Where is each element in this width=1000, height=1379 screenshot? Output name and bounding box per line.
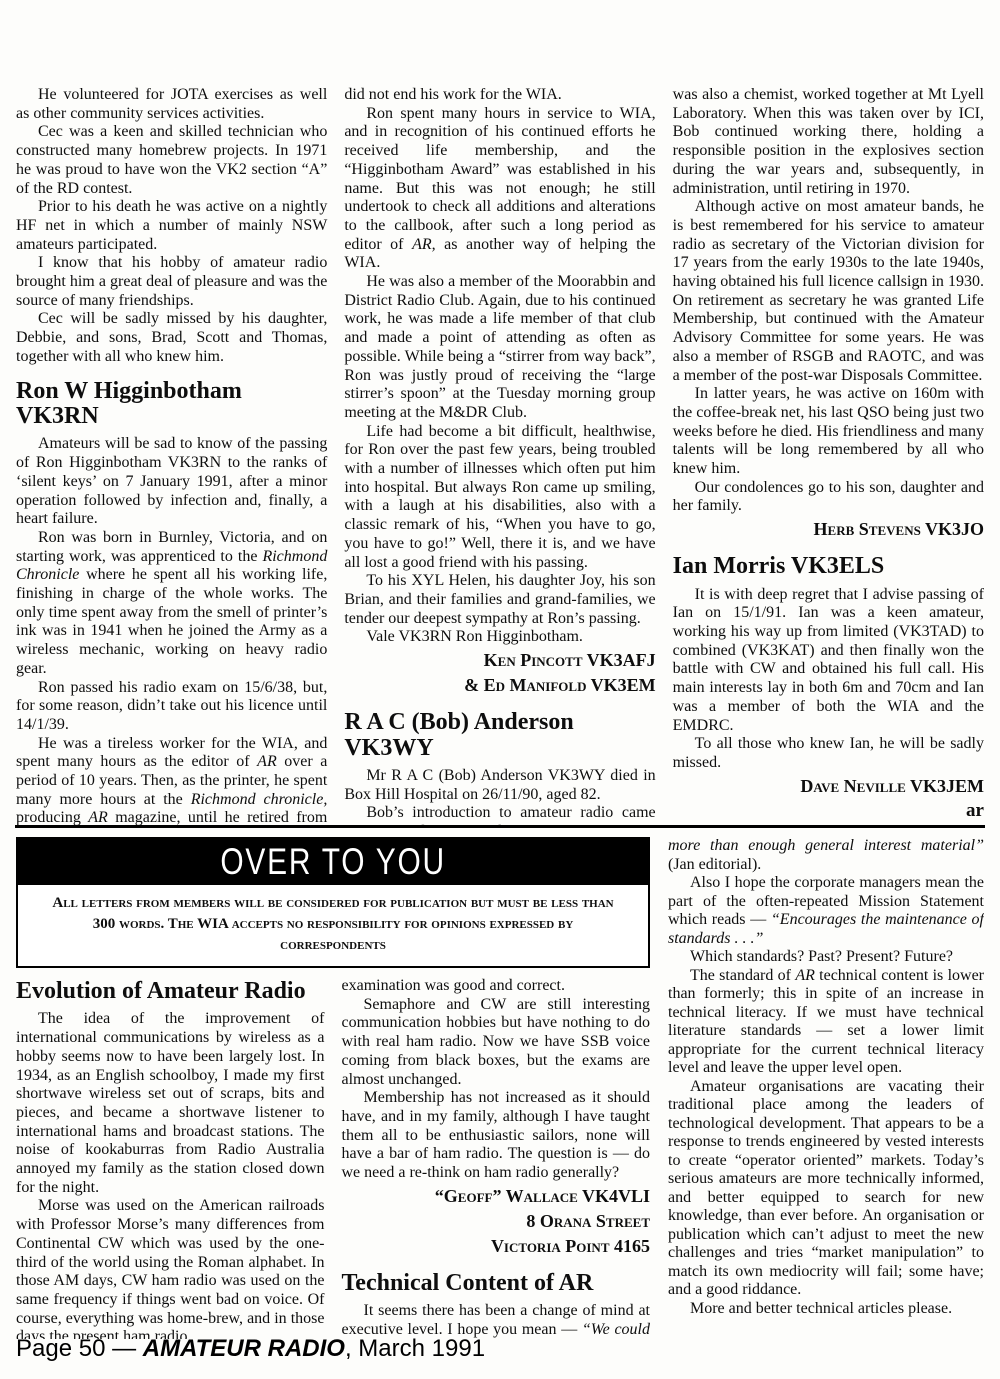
signature-line: “Geoff” Wallace VK4VLI [342,1184,651,1209]
paragraph: Cec will be sadly missed by his daughter… [16,310,327,366]
over-to-you-box: OVER TO YOU All letters from members wil… [16,837,650,968]
article-heading: Technical Content of AR [342,1271,651,1296]
paragraph: Although active on most amateur bands, h… [673,198,984,385]
paragraph: Which standards? Past? Present? Future? [668,948,984,967]
letters-left-region: OVER TO YOU All letters from members wil… [16,837,650,1339]
paragraph: It is with deep regret that I advise pas… [673,586,984,736]
signature-line: Dave Neville VK3JEM [673,774,984,799]
section-divider-rule [15,825,985,828]
paragraph: It seems there has been a change of mind… [342,1302,651,1339]
paragraph: Ron was born in Burnley, Victoria, and o… [16,529,327,679]
signature: Dave Neville VK3JEM [673,774,984,799]
over-to-you-banner: OVER TO YOU [18,839,648,885]
paragraph: Life had become a bit difficult, healthw… [344,423,655,573]
signature-line: & Ed Manifold VK3EM [344,673,655,698]
paragraph: examination was good and correct. [342,977,651,996]
letters-section: OVER TO YOU All letters from members wil… [16,837,984,1339]
paragraph: Ron passed his radio exam on 15/6/38, bu… [16,679,327,735]
letters-column-2: examination was good and correct.Semapho… [342,977,651,1339]
italic-text: AR [88,809,108,826]
top-column-3: was also a chemist, worked together at M… [673,86,984,826]
italic-text: AR, [412,236,436,253]
article-heading: Ron W Higginbotham VK3RN [16,379,327,430]
paragraph: was also a chemist, worked together at M… [673,86,984,198]
paragraph: did not end his work for the WIA. [344,86,655,105]
paragraph: He volunteered for JOTA exercises as wel… [16,86,327,123]
paragraph: Prior to his death he was active on a ni… [16,198,327,254]
magazine-page: He volunteered for JOTA exercises as wel… [0,0,1000,1379]
italic-text: AR [795,967,815,984]
paragraph: Our condolences go to his son, daughter … [673,479,984,516]
article-heading: Ian Morris VK3ELS [673,554,984,579]
paragraph: He was also a member of the Moorabbin an… [344,273,655,423]
paragraph: The idea of the improvement of internati… [16,1010,325,1197]
paragraph: To all those who knew Ian, he will be sa… [673,735,984,772]
signature: Herb Stevens VK3JO [673,517,984,542]
paragraph: Morse was used on the American railroads… [16,1197,325,1339]
signature-line: 8 Orana Street [342,1209,651,1234]
signature: “Geoff” Wallace VK4VLI8 Orana StreetVict… [342,1184,651,1259]
paragraph: More and better technical articles pleas… [668,1300,984,1319]
paragraph: In latter years, he was active on 160m w… [673,385,984,479]
footer-page-number: Page 50 — [16,1335,143,1362]
letters-notice: All letters from members will be conside… [18,885,648,966]
italic-text: AR [257,753,277,770]
italic-text: Richmond Chronicle [16,548,327,584]
section-title: OVER TO YOU [220,841,446,884]
paragraph: Mr R A C (Bob) Anderson VK3WY died in Bo… [344,767,655,804]
footer-magazine-title: AMATEUR RADIO [143,1335,345,1362]
paragraph: Ron spent many hours in service to WIA, … [344,105,655,273]
paragraph: I know that his hobby of amateur radio b… [16,254,327,310]
paragraph: Cec was a keen and skilled technician wh… [16,123,327,198]
top-column-2: did not end his work for the WIA.Ron spe… [344,86,655,826]
paragraph: Vale VK3RN Ron Higginbotham. [344,628,655,647]
article-heading: Evolution of Amateur Radio [16,979,325,1004]
paragraph: The standard of AR technical content is … [668,967,984,1078]
paragraph: Also I hope the corporate managers mean … [668,874,984,948]
italic-text: Richmond chronicle, [191,791,328,808]
obituaries-section: He volunteered for JOTA exercises as wel… [16,86,984,826]
footer-issue-date: , March 1991 [345,1335,485,1362]
end-of-article-mark: ar [673,800,984,822]
letters-column-1: Evolution of Amateur RadioThe idea of th… [16,977,325,1339]
signature-line: Victoria Point 4165 [342,1234,651,1259]
italic-text: “Encourages the maintenance of standards… [668,911,984,947]
paragraph: Amateurs will be sad to know of the pass… [16,435,327,529]
italic-text: more than enough general interest materi… [668,837,984,854]
paragraph: He was a tireless worker for the WIA, an… [16,735,327,826]
paragraph: Membership has not increased as it shoul… [342,1089,651,1183]
signature-line: Herb Stevens VK3JO [673,517,984,542]
paragraph: more than enough general interest materi… [668,837,984,874]
article-heading: R A C (Bob) Anderson VK3WY [344,710,655,761]
letters-columns: Evolution of Amateur RadioThe idea of th… [16,977,650,1339]
signature-line: Ken Pincott VK3AFJ [344,648,655,673]
page-footer: Page 50 — AMATEUR RADIO, March 1991 [16,1335,485,1363]
paragraph: Bob’s introduction to amateur radio came… [344,804,655,826]
paragraph: Amateur organisations are vacating their… [668,1078,984,1300]
letters-column-3: more than enough general interest materi… [668,837,984,1339]
signature: Ken Pincott VK3AFJ& Ed Manifold VK3EM [344,648,655,698]
top-column-1: He volunteered for JOTA exercises as wel… [16,86,327,826]
paragraph: To his XYL Helen, his daughter Joy, his … [344,572,655,628]
paragraph: Semaphore and CW are still interesting c… [342,996,651,1090]
